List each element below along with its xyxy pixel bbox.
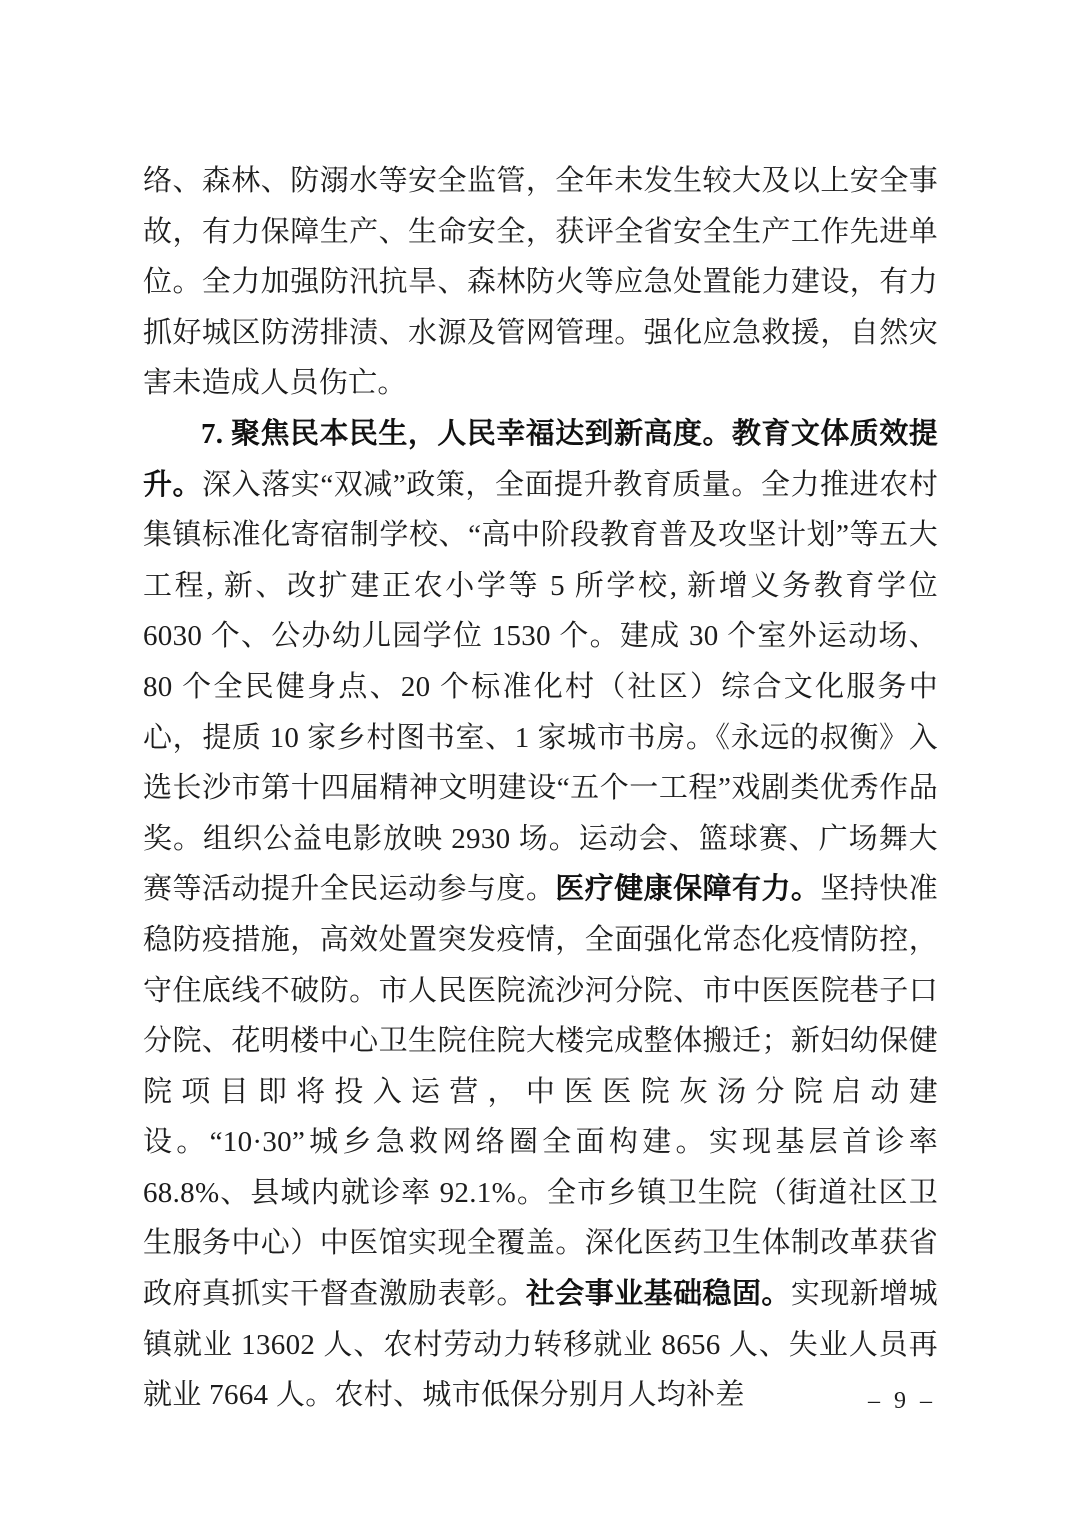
emphasis-run: 社会事业基础稳固。 [526,1278,791,1310]
page-number: – 9 – [0,1386,936,1416]
page-body-text: 络、森林、防溺水等安全监管，全年未发生较大及以上安全事故，有力保障生产、生命安全… [143,156,938,1421]
emphasis-run: 医疗健康保障有力。 [555,873,820,905]
text-run: 深入落实“双减”政策，全面提升教育质量。全力推进农村集镇标准化寄宿制学校、“高中… [143,469,938,906]
text-run: 坚持快准稳防疫措施，高效处置突发疫情，全面强化常态化疫情防控，守住底线不破防。市… [143,873,938,1310]
paragraph: 7. 聚焦民本民生，人民幸福达到新高度。教育文体质效提升。深入落实“双减”政策，… [143,409,938,1421]
document-page: 络、森林、防溺水等安全监管，全年未发生较大及以上安全事故，有力保障生产、生命安全… [0,0,1074,1520]
text-run: 络、森林、防溺水等安全监管，全年未发生较大及以上安全事故，有力保障生产、生命安全… [143,165,938,399]
paragraph: 络、森林、防溺水等安全监管，全年未发生较大及以上安全事故，有力保障生产、生命安全… [143,156,938,409]
